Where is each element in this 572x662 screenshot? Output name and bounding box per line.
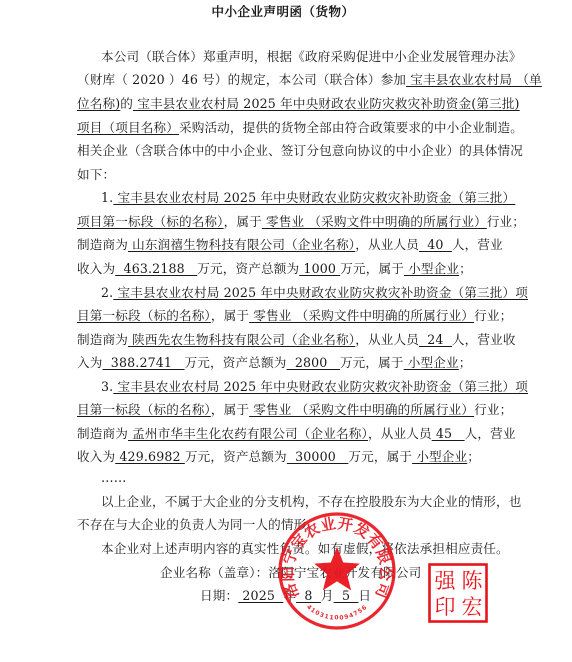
item-3-line-2: 目第一标段（标的名称），属于 零售业 （采购文件中明确的所属行业）行业； <box>77 402 497 418</box>
label: 行业； <box>474 308 512 323</box>
item-3-line-1: 3. 宝丰县农业农村局 2025 年中央财政农业防灾救灾补助资金（第三批）项 <box>101 379 521 395</box>
item-staff-count: 24 <box>419 332 452 347</box>
label: 制造商为 <box>77 332 128 347</box>
intro-text: 本公司（联合体）郑重声明，根据《政府采购促进中小企业发展管理办法》 <box>101 49 522 64</box>
item-revenue: 388.2741 <box>103 355 185 370</box>
label: ，从业人员 <box>368 426 432 441</box>
intro-line-6: 如下： <box>77 167 497 183</box>
label: 行业； <box>474 402 512 417</box>
item-project: 目第一标段（标的名称） <box>77 308 211 323</box>
item-number: 1. <box>101 190 113 205</box>
item-industry: 零售业 （采购文件中明确的所属行业） <box>249 308 474 323</box>
svg-text:4103110094756: 4103110094756 <box>305 604 369 622</box>
label: 行业； <box>487 214 525 229</box>
item-1-line-1: 1. 宝丰县农业农村局 2025 年中央财政农业防灾救灾补助资金（第三批） <box>101 190 521 206</box>
label: ，属于 <box>224 214 262 229</box>
label: 万元，属于 <box>340 261 404 276</box>
item-2-line-3: 制造商为 陕西先农生物科技有限公司（企业名称），从业人员 24 人，营业收 <box>77 332 497 348</box>
stamp-char: 印 <box>435 595 456 619</box>
date-label: 日期： <box>200 588 238 603</box>
intro-text: 采购活动，提供的货物全部由符合政策要求的中小企业制造。 <box>179 120 523 135</box>
label: 入为 <box>77 355 103 370</box>
item-1-line-3: 制造商为 山东润禧生物科技有限公司（企业名称），从业人员 40 人，营业 <box>77 237 497 253</box>
label: 制造商为 <box>77 237 128 252</box>
item-assets: 30000 <box>287 449 349 464</box>
intro-text: 如下： <box>77 167 115 182</box>
stamp-char: 强 <box>435 569 457 593</box>
intro-line-5: 相关企业（含联合体中的中小企业、签订分包意向协议的中小企业）的具体情况 <box>77 143 497 159</box>
intro-text: 相关企业（含联合体中的中小企业、签订分包意向协议的中小企业）的具体情况 <box>77 143 523 158</box>
label: 人，营业 <box>452 237 503 252</box>
label: 人，营业 <box>465 426 516 441</box>
item-assets: 1000 <box>299 261 340 276</box>
item-enterprise-size: 小型企业 <box>404 261 459 276</box>
item-2-line-4: 入为 388.2741 万元，资产总额为 2800 万元，属于 小型企业； <box>77 355 497 371</box>
item-number: 3. <box>101 379 113 394</box>
company-label: 企业名称（盖章）： <box>160 565 268 580</box>
label: ； <box>459 355 472 370</box>
item-industry: 零售业 （采购文件中明确的所属行业） <box>262 214 487 229</box>
seal-star-icon <box>314 547 360 590</box>
item-2-line-2: 目第一标段（标的名称），属于 零售业 （采购文件中明确的所属行业）行业； <box>77 308 497 324</box>
label: 收入为 <box>77 449 115 464</box>
item-project: 项目第一标段（标的名称） <box>77 214 224 229</box>
item-project: 目第一标段（标的名称） <box>77 402 211 417</box>
label: 万元，资产总额为 <box>185 355 287 370</box>
label: 万元，资产总额为 <box>197 261 299 276</box>
item-manufacturer: 山东润禧生物科技有限公司（企业名称） <box>128 237 355 252</box>
stamp-char: 宏 <box>462 595 483 619</box>
label: ，属于 <box>211 308 249 323</box>
intro-line-3: 位名称)的 宝丰县农业农村局 2025 年中央财政农业防灾救灾补助资金(第三批) <box>77 96 497 112</box>
item-assets: 2800 <box>287 355 340 370</box>
document-title: 中小企业声明函（货物） <box>0 2 566 20</box>
document-page: 中小企业声明函（货物） 本公司（联合体）郑重声明，根据《政府采购促进中小企业发展… <box>0 0 572 662</box>
item-project: 宝丰县农业农村局 2025 年中央财政农业防灾救灾补助资金（第三批） <box>113 190 515 205</box>
label: 收入为 <box>77 261 115 276</box>
label: ，属于 <box>211 402 249 417</box>
seal-code: 4103110094756 <box>305 604 369 622</box>
item-2-line-1: 2. 宝丰县农业农村局 2025 年中央财政农业防灾救灾补助资金（第三批）项 <box>101 285 521 301</box>
item-1-line-2: 项目第一标段（标的名称），属于 零售业 （采购文件中明确的所属行业）行业； <box>77 214 497 230</box>
project-name-suffix: 项目（项目名称） <box>77 120 179 135</box>
label: ； <box>459 261 472 276</box>
intro-line-4: 项目（项目名称）采购活动，提供的货物全部由符合政策要求的中小企业制造。 <box>77 120 497 136</box>
personal-stamp-icon: 陈 宏 强 印 <box>428 563 488 623</box>
project-name: 宝丰县农业农村局 2025 年中央财政农业防灾救灾补助资金(第三批) <box>133 96 520 111</box>
item-revenue: 463.2188 <box>115 261 197 276</box>
item-manufacturer: 陕西先农生物科技有限公司（企业名称） <box>128 332 355 347</box>
label: ，从业人员 <box>355 332 419 347</box>
item-project: 宝丰县农业农村局 2025 年中央财政农业防灾救灾补助资金（第三批）项 <box>113 285 528 300</box>
intro-text: 的 <box>120 96 133 111</box>
intro-line-2: （财库（ 2020 ）46 号）的规定，本公司（联合体）参加 宝丰县农业农村局 … <box>77 72 497 88</box>
item-project: 宝丰县农业农村局 2025 年中央财政农业防灾救灾补助资金（第三批）项 <box>113 379 528 394</box>
item-revenue: 429.6982 <box>115 449 185 464</box>
label: 人，营业收 <box>452 332 516 347</box>
item-3-line-4: 收入为 429.6982 万元，资产总额为 30000 万元，属于 小型企业； <box>77 449 497 465</box>
label: 制造商为 <box>77 426 128 441</box>
stamp-char: 陈 <box>462 569 484 593</box>
item-enterprise-size: 小型企业 <box>412 449 467 464</box>
label: 万元，属于 <box>348 449 412 464</box>
item-staff-count: 45 <box>432 426 465 441</box>
label: ，从业人员 <box>355 237 419 252</box>
company-seal-icon: 洛阳宁宝农业开发有限公司 4103110094756 <box>277 511 397 631</box>
item-1-line-4: 收入为 463.2188 万元，资产总额为 1000 万元，属于 小型企业； <box>77 261 497 277</box>
item-staff-count: 40 <box>419 237 452 252</box>
item-number: 2. <box>101 285 113 300</box>
item-enterprise-size: 小型企业 <box>404 355 459 370</box>
item-3-line-3: 制造商为 孟州市华丰生化农药有限公司（企业名称），从业人员 45 人，营业 <box>77 426 497 442</box>
ellipsis: …… <box>101 470 521 486</box>
purchaser-name: 宝丰县农业农村局 （单 <box>406 72 542 87</box>
label: 万元，属于 <box>340 355 404 370</box>
purchaser-name-suffix: 位名称) <box>77 96 120 111</box>
intro-text: （财库（ 2020 ）46 号）的规定，本公司（联合体）参加 <box>77 72 406 87</box>
closing-line-1: 以上企业，不属于大企业的分支机构，不存在控股股东为大企业的情形，也 <box>101 494 521 510</box>
label: ； <box>467 449 480 464</box>
item-industry: 零售业 （采购文件中明确的所属行业） <box>249 402 474 417</box>
item-manufacturer: 孟州市华丰生化农药有限公司（企业名称） <box>128 426 368 441</box>
label: 万元，资产总额为 <box>185 449 287 464</box>
intro-line-1: 本公司（联合体）郑重声明，根据《政府采购促进中小企业发展管理办法》 <box>101 49 521 65</box>
